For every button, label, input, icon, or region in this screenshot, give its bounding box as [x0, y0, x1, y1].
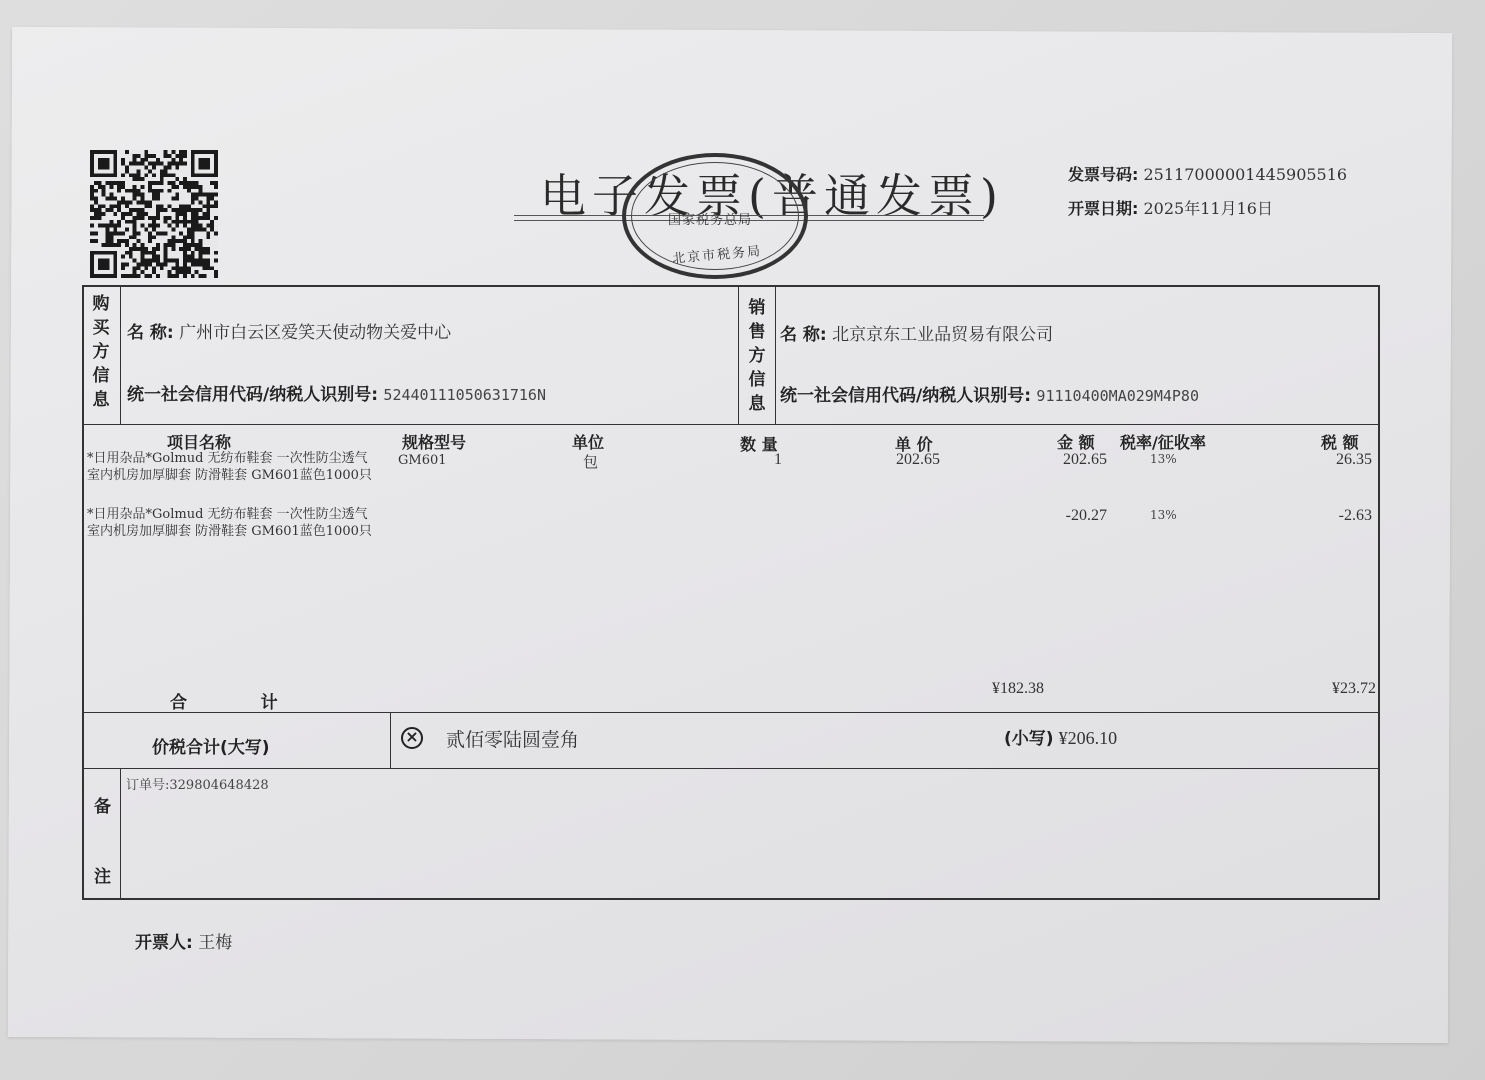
item-name-line1: *日用杂品*Golmud 无纺布鞋套 一次性防尘透气 [87, 450, 372, 467]
invoice-date-value: 2025年11月16日 [1144, 199, 1273, 218]
seller-label-char: 息 [747, 392, 767, 416]
stamp-top-text: 国家税务总局 [668, 209, 752, 228]
header-unit: 单位 [572, 430, 604, 453]
seller-tax-id-value: 91110400MA029M4P80 [1036, 387, 1199, 405]
item-amount: -20.27 [1000, 507, 1107, 525]
table-row: *日用杂品*Golmud 无纺布鞋套 一次性防尘透气 室内机房加厚脚套 防滑鞋套… [87, 506, 372, 540]
item-tax: -2.63 [1270, 507, 1372, 525]
divider [120, 286, 121, 424]
item-name-line2: 室内机房加厚脚套 防滑鞋套 GM601蓝色1000只 [87, 523, 372, 540]
item-name-line2: 室内机房加厚脚套 防滑鞋套 GM601蓝色1000只 [87, 467, 372, 484]
grand-total-lowercase: (小写) ¥206.10 [1004, 724, 1117, 749]
buyer-label-char: 买 [91, 316, 111, 340]
buyer-name: 名 称: 广州市白云区爱笑天使动物关爱中心 [127, 318, 451, 343]
remarks-text: 订单号:329804648428 [126, 774, 269, 793]
total-amount: ¥182.38 [940, 680, 1044, 698]
qr-code-icon [88, 150, 220, 278]
invoice-number-label: 发票号码: [1068, 165, 1138, 184]
divider [775, 286, 776, 424]
grand-total-uppercase: 贰佰零陆圆壹角 [446, 725, 579, 752]
divider [82, 424, 1380, 425]
header-tax: 税 额 [1321, 430, 1359, 453]
buyer-label-char: 息 [91, 388, 111, 412]
item-rate: 13% [1150, 508, 1177, 522]
buyer-label-char: 购 [91, 292, 111, 316]
buyer-label-char: 信 [91, 364, 111, 388]
buyer-name-value: 广州市白云区爱笑天使动物关爱中心 [179, 323, 451, 343]
invoice-date: 开票日期: 2025年11月16日 [1068, 196, 1273, 219]
header-spec: 规格型号 [402, 430, 466, 453]
seller-section-label: 销 售 方 信 息 [747, 296, 767, 416]
remarks-label-top: 备 [94, 792, 111, 817]
issuer-label: 开票人: [135, 933, 193, 953]
item-spec: GM601 [398, 452, 447, 469]
divider [120, 769, 121, 899]
seller-tax-id: 统一社会信用代码/纳税人识别号: 91110400MA029M4P80 [780, 381, 1199, 406]
divider [738, 286, 739, 424]
issuer: 开票人: 王梅 [135, 928, 232, 953]
item-price: 202.65 [840, 451, 940, 469]
invoice-number-value: 25117000001445905516 [1144, 165, 1348, 184]
cross-circle-icon: × [401, 727, 423, 749]
lowercase-value: ¥206.10 [1059, 728, 1118, 748]
seller-tax-id-label: 统一社会信用代码/纳税人识别号: [780, 386, 1031, 406]
buyer-section-label: 购 买 方 信 息 [91, 292, 111, 412]
header-rate: 税率/征收率 [1120, 430, 1206, 453]
item-tax: 26.35 [1270, 451, 1372, 469]
seller-label-char: 信 [747, 368, 767, 392]
issuer-name: 王梅 [198, 933, 232, 953]
buyer-label-char: 方 [91, 340, 111, 364]
buyer-name-label: 名 称: [127, 323, 174, 343]
buyer-tax-id-value: 52440111050631716N [383, 386, 546, 404]
divider [390, 713, 391, 768]
invoice-number: 发票号码: 25117000001445905516 [1068, 162, 1347, 185]
divider [82, 712, 1380, 713]
seller-name: 名 称: 北京京东工业品贸易有限公司 [780, 320, 1053, 345]
invoice-date-label: 开票日期: [1068, 199, 1138, 218]
lowercase-label: (小写) [1004, 729, 1054, 749]
seller-label-char: 售 [747, 320, 767, 344]
divider [82, 768, 1380, 769]
total-tax: ¥23.72 [1272, 680, 1376, 698]
table-row: *日用杂品*Golmud 无纺布鞋套 一次性防尘透气 室内机房加厚脚套 防滑鞋套… [87, 450, 372, 484]
header-amount: 金 额 [1057, 430, 1095, 453]
item-unit: 包 [583, 451, 598, 472]
buyer-tax-id-label: 统一社会信用代码/纳税人识别号: [127, 385, 378, 405]
invoice-table [82, 285, 1380, 900]
seller-name-value: 北京京东工业品贸易有限公司 [832, 325, 1053, 345]
total-label: 合 计 [170, 688, 288, 713]
remarks-label-bottom: 注 [94, 862, 111, 887]
grand-total-label: 价税合计(大写) [152, 733, 270, 758]
buyer-tax-id: 统一社会信用代码/纳税人识别号: 52440111050631716N [127, 380, 546, 405]
item-name-line1: *日用杂品*Golmud 无纺布鞋套 一次性防尘透气 [87, 506, 372, 523]
seller-name-label: 名 称: [780, 325, 827, 345]
tax-bureau-stamp: 国家税务总局 北京市税务局 [622, 153, 808, 279]
seller-label-char: 方 [747, 344, 767, 368]
seller-label-char: 销 [747, 296, 767, 320]
item-amount: 202.65 [1000, 451, 1107, 469]
item-rate: 13% [1150, 452, 1177, 466]
item-qty: 1 [700, 451, 782, 469]
